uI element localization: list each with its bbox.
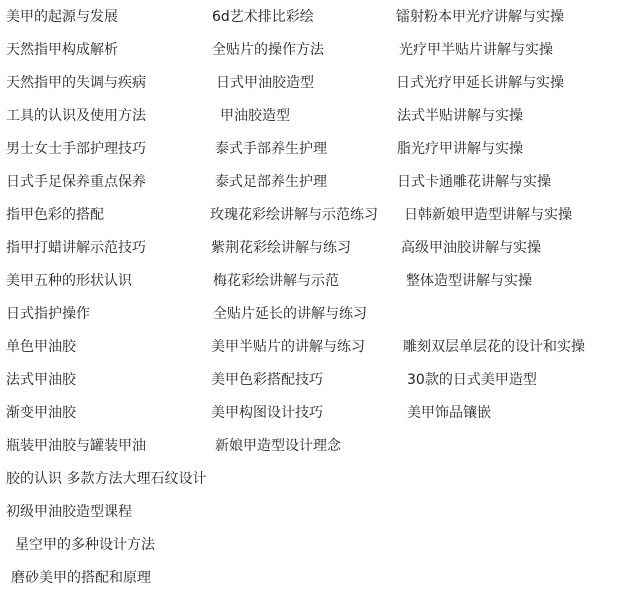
course-item: 美甲的起源与发展 <box>6 8 118 26</box>
course-item: 工具的认识及使用方法 <box>6 107 146 125</box>
course-item: 日韩新娘甲造型讲解与实操 <box>404 206 572 224</box>
course-item: 法式甲油胶 <box>6 371 76 389</box>
course-item: 胶的认识 多款方法大理石纹设计 <box>6 470 206 488</box>
course-item: 美甲饰品镶嵌 <box>407 404 491 422</box>
course-item: 30款的日式美甲造型 <box>407 371 537 389</box>
course-item: 日式光疗甲延长讲解与实操 <box>396 74 564 92</box>
course-item: 全贴片的操作方法 <box>212 41 324 59</box>
course-item: 男士女士手部护理技巧 <box>6 140 146 158</box>
course-item: 美甲构图设计技巧 <box>211 404 323 422</box>
course-item: 星空甲的多种设计方法 <box>15 536 155 554</box>
course-item: 新娘甲造型设计理念 <box>215 437 341 455</box>
course-item: 天然指甲构成解析 <box>6 41 118 59</box>
course-item: 日式卡通雕花讲解与实操 <box>397 173 551 191</box>
course-item: 初级甲油胶造型课程 <box>6 503 132 521</box>
course-item: 美甲半贴片的讲解与练习 <box>211 338 365 356</box>
course-item: 磨砂美甲的搭配和原理 <box>11 569 151 587</box>
course-item: 美甲色彩搭配技巧 <box>211 371 323 389</box>
course-item: 整体造型讲解与实操 <box>406 272 532 290</box>
course-item: 日式指护操作 <box>6 305 90 323</box>
course-item: 镭射粉本甲光疗讲解与实操 <box>396 8 564 26</box>
course-item: 梅花彩绘讲解与示范 <box>213 272 339 290</box>
course-item: 脂光疗甲讲解与实操 <box>397 140 523 158</box>
course-item: 指甲色彩的搭配 <box>6 206 104 224</box>
course-item: 日式甲油胶造型 <box>216 74 314 92</box>
course-item: 法式半贴讲解与实操 <box>397 107 523 125</box>
course-item: 指甲打蜡讲解示范技巧 <box>6 239 146 257</box>
course-item: 泰式手部养生护理 <box>215 140 327 158</box>
course-item: 紫荆花彩绘讲解与练习 <box>211 239 351 257</box>
course-item: 日式手足保养重点保养 <box>6 173 146 191</box>
course-item: 雕刻双层单层花的设计和实操 <box>403 338 585 356</box>
course-item: 甲油胶造型 <box>220 107 290 125</box>
course-item: 6d艺术排比彩绘 <box>212 8 314 26</box>
course-item: 美甲五种的形状认识 <box>6 272 132 290</box>
course-item: 泰式足部养生护理 <box>215 173 327 191</box>
course-item: 高级甲油胶讲解与实操 <box>401 239 541 257</box>
course-item: 天然指甲的失调与疾病 <box>6 74 146 92</box>
course-item: 渐变甲油胶 <box>6 404 76 422</box>
course-item: 单色甲油胶 <box>6 338 76 356</box>
course-item: 玫瑰花彩绘讲解与示范练习 <box>210 206 378 224</box>
course-item: 瓶装甲油胶与罐装甲油 <box>6 437 146 455</box>
course-item: 光疗甲半贴片讲解与实操 <box>399 41 553 59</box>
course-item: 全贴片延长的讲解与练习 <box>213 305 367 323</box>
